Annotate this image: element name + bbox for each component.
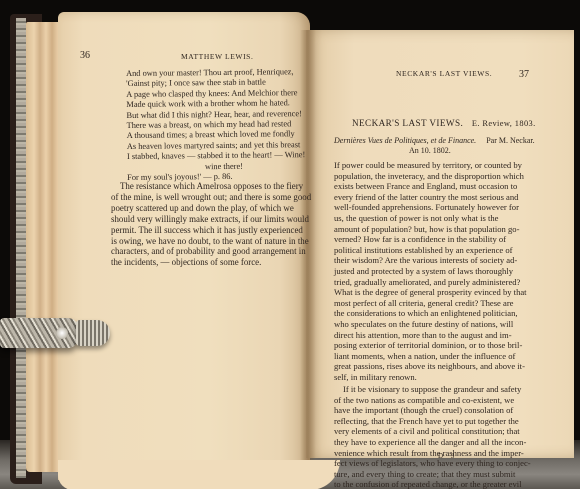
article-source: E. Review, 1803. (472, 119, 536, 128)
prose-line: ture, and every thing to create; that th… (334, 469, 531, 480)
prose-line: direct his attention, more than to the a… (334, 330, 527, 341)
prose-line: their wisdom? Are the various interests … (334, 255, 527, 266)
paragraph-1: If power could be measured by territory,… (334, 160, 527, 382)
cover-edge-decoration (16, 18, 26, 478)
prose-line: who speculates on the future destiny of … (334, 319, 527, 330)
prose-line: If it be visionary to suppose the grande… (334, 384, 531, 395)
prose-line: posing exterior of territorial dominion,… (334, 340, 527, 351)
verse-line: I stabbed, knaves — stabbed it to the he… (127, 150, 305, 162)
prose-line: to the confusion of repeated change, or … (334, 479, 531, 489)
prose-line: great passions, rises above its neighbou… (334, 361, 527, 372)
prose-line: permit. The ill success which it has jus… (111, 225, 311, 236)
prose-line: every friend of the latter country the m… (334, 192, 527, 203)
left-running-head: MATTHEW LEWIS. (181, 52, 253, 61)
prose-line: us, the question of power is not only wh… (334, 213, 527, 224)
prose-line: well-founded apprehensions. Fortunately … (334, 202, 527, 213)
subtitle-italic: Dernières Vues de Politiques, et de Fina… (334, 136, 476, 145)
article-title-text: NECKAR'S LAST VIEWS. (352, 118, 463, 128)
signature-mark: D 3 (438, 452, 457, 460)
prose-line: tried, gradually ameliorated, and purely… (334, 277, 527, 288)
prose-line: of the mine, is well wrought out; and th… (111, 192, 311, 203)
clip-gem-icon (56, 327, 68, 339)
article-title: NECKAR'S LAST VIEWS. E. Review, 1803. (352, 118, 536, 128)
prose-line: have the important (though the cruel) co… (334, 405, 531, 416)
right-running-head: NECKAR'S LAST VIEWS. (396, 69, 492, 78)
prose-line: most perfect of all criteria, general cr… (334, 298, 527, 309)
prose-line: liant moments, when a nation, under the … (334, 351, 527, 362)
verse-block: And own your master! Thou art proof, Hen… (126, 67, 306, 183)
prose-line: venience which result from the rashness … (334, 448, 531, 459)
prose-line: If power could be measured by territory,… (334, 160, 527, 171)
prose-line: amount of population? but, how is that p… (334, 224, 527, 235)
prose-line: poetry scattered up and down the play, o… (111, 203, 311, 214)
prose-line: exists between France and England, must … (334, 181, 527, 192)
prose-block: The resistance which Amelrosa opposes to… (111, 181, 311, 268)
prose-line: characters, and of probability and good … (111, 246, 311, 257)
right-page-number: 37 (519, 69, 529, 80)
clip-hand-icon (76, 320, 110, 346)
prose-line: political institutions established by an… (334, 245, 527, 256)
prose-line: very elements of a civil and political c… (334, 426, 531, 437)
prose-line: is owing, we have no doubt, to the want … (111, 236, 311, 247)
prose-line: self, in military renown. (334, 372, 527, 383)
prose-line: fect views of legislators, who have ever… (334, 458, 531, 469)
prose-line: justed and protected by a system of laws… (334, 266, 527, 277)
prose-line: should very willingly make extracts, if … (111, 214, 311, 225)
prose-line: population, the inveteracy, and the disp… (334, 171, 527, 182)
prose-line: reflecting, that the French have yet to … (334, 416, 531, 427)
article-subtitle: Dernières Vues de Politiques, et de Fina… (334, 136, 535, 145)
prose-line: the incidents, — objections of some forc… (111, 257, 311, 268)
prose-line: they have to experience all the danger a… (334, 437, 531, 448)
paragraph-2: If it be visionary to suppose the grande… (334, 384, 531, 489)
bookmark-clip (0, 316, 112, 354)
prose-line: verned? How far is a confidence in the s… (334, 234, 527, 245)
subtitle-date: An 10. 1802. (409, 146, 451, 155)
prose-line: What is the degree of general prosperity… (334, 287, 527, 298)
subtitle-author: Par M. Neckar. (486, 136, 534, 145)
prose-line: of the two nations as compatible and co-… (334, 395, 531, 406)
prose-line: the considerations to which an enlighten… (334, 308, 527, 319)
prose-line: The resistance which Amelrosa opposes to… (111, 181, 311, 192)
left-page-number: 36 (80, 50, 90, 61)
